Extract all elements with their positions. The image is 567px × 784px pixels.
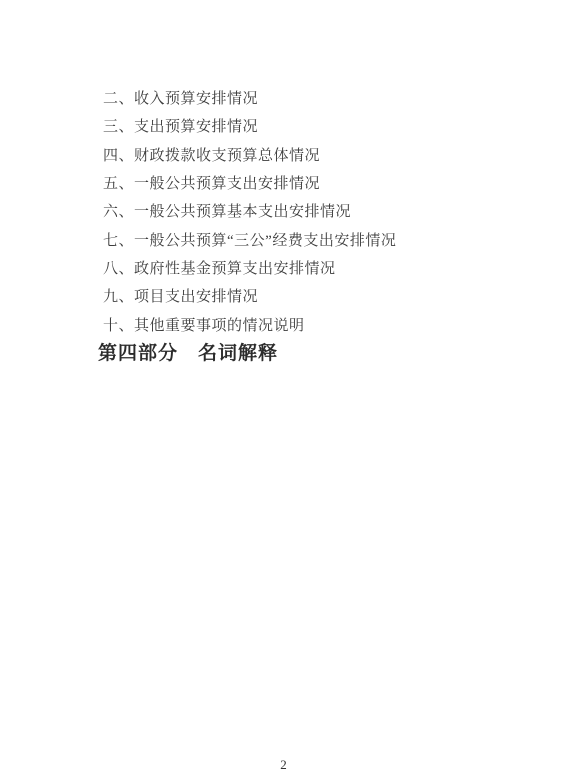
toc-item: 七、一般公共预算“三公”经费支出安排情况 (103, 227, 533, 255)
toc-item: 二、收入预算安排情况 (103, 85, 533, 113)
toc-item: 八、政府性基金预算支出安排情况 (103, 255, 533, 283)
toc-item: 九、项目支出安排情况 (103, 283, 533, 311)
page-number: 2 (0, 757, 567, 773)
toc-item: 四、财政拨款收支预算总体情况 (103, 142, 533, 170)
toc-item: 三、支出预算安排情况 (103, 113, 533, 141)
toc-item: 六、一般公共预算基本支出安排情况 (103, 198, 533, 226)
section-heading: 第四部分 名词解释 (98, 340, 533, 368)
toc-item: 十、其他重要事项的情况说明 (103, 312, 533, 340)
document-page: 二、收入预算安排情况 三、支出预算安排情况 四、财政拨款收支预算总体情况 五、一… (0, 0, 567, 784)
table-of-contents: 二、收入预算安排情况 三、支出预算安排情况 四、财政拨款收支预算总体情况 五、一… (103, 85, 533, 368)
toc-item: 五、一般公共预算支出安排情况 (103, 170, 533, 198)
